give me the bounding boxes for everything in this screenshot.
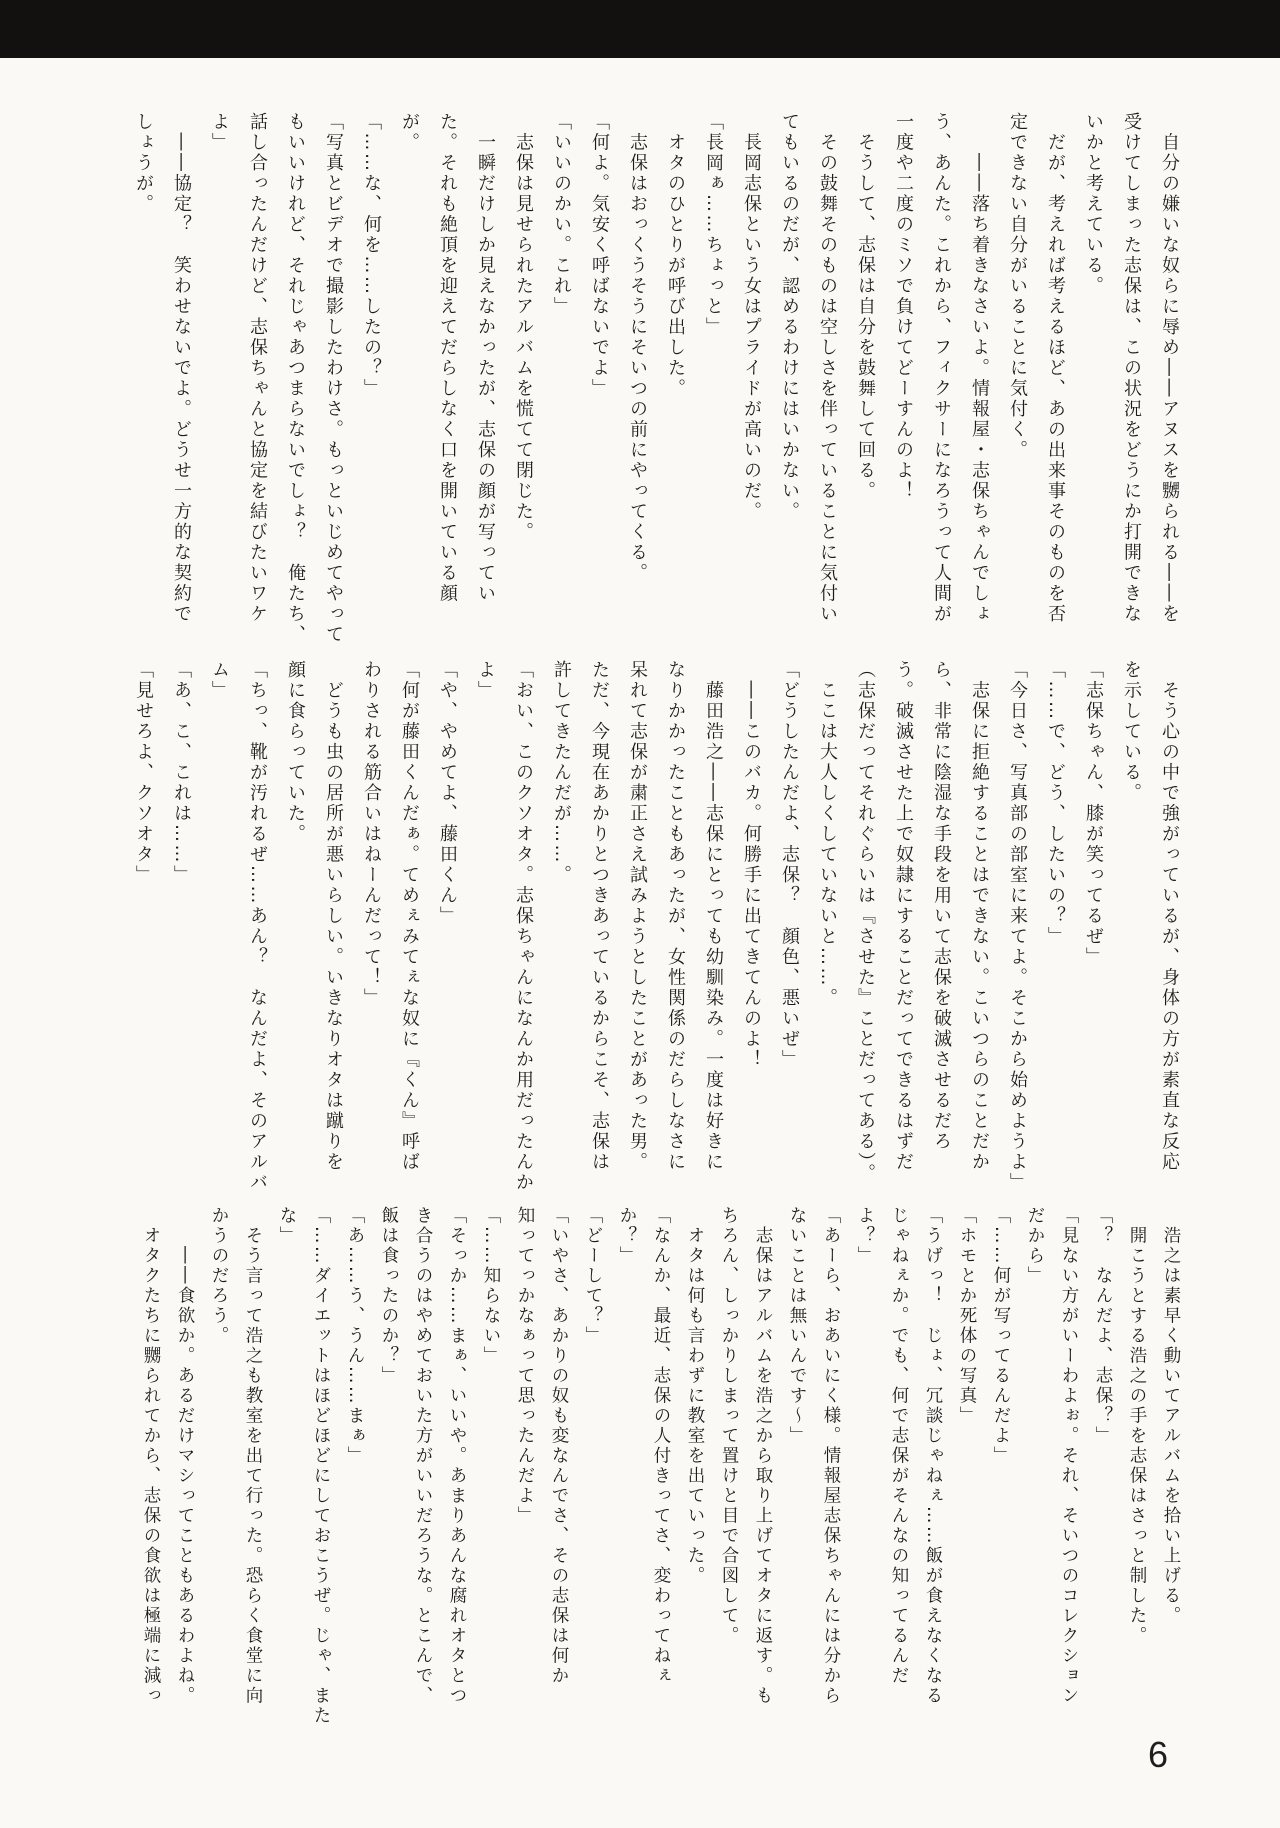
text-line: 「？ なんだよ、志保？」 xyxy=(1086,1206,1120,1722)
text-line: 「何が藤田くんだぁ。てめぇみてぇな奴に『くん』呼ば xyxy=(390,660,428,1182)
text-line: な」 xyxy=(270,1206,304,1722)
text-line: 「……何が写ってるんだよ」 xyxy=(984,1206,1018,1722)
text-line: 「うげっ！ じょ、冗談じゃねぇ……飯が食えなくなる xyxy=(916,1206,950,1722)
text-band-top: 自分の嫌いな奴らに辱め――アヌスを嬲られる――を受けてしまった志保は、この状況を… xyxy=(124,112,1188,628)
text-line: 「……な、何を……したの？」 xyxy=(352,112,390,628)
text-line: よ？」 xyxy=(848,1206,882,1722)
text-line: う。破滅させた上で奴隷にすることだってできるはずだ xyxy=(884,660,922,1182)
text-line: 「や、やめてよ、藤田くん」 xyxy=(428,660,466,1182)
text-line: き合うのはやめておいた方がいいだろうな。とこんで、 xyxy=(406,1206,440,1722)
text-line: が。 xyxy=(390,112,428,628)
text-line: 「そっか……まぁ、いいや。あまりあんな腐れオタとつ xyxy=(440,1206,474,1722)
text-line: そうして、志保は自分を鼓舞して回る。 xyxy=(846,112,884,628)
text-line: 「写真とビデオで撮影したわけさ。もっといじめてやって xyxy=(314,112,352,628)
text-line: 「何よ。気安く呼ばないでよ」 xyxy=(580,112,618,628)
text-line: 定できない自分がいることに気付く。 xyxy=(998,112,1036,628)
top-black-bar xyxy=(0,0,1280,58)
text-line: 「見ない方がいーわよぉ。それ、そいつのコレクション xyxy=(1052,1206,1086,1722)
text-line: じゃねぇか。でも、何で志保がそんなの知ってるんだ xyxy=(882,1206,916,1722)
text-line: 「ちっ、靴が汚れるぜ……あん？ なんだよ、そのアルバ xyxy=(238,660,276,1182)
text-line: 志保は見せられたアルバムを慌てて閉じた。 xyxy=(504,112,542,628)
text-line: よ」 xyxy=(200,112,238,628)
text-line: た。それも絶頂を迎えてだらしなく口を開いている顔 xyxy=(428,112,466,628)
text-line: 「……知らない」 xyxy=(474,1206,508,1722)
text-line: 志保に拒絶することはできない。こいつらのことだか xyxy=(960,660,998,1182)
text-line: 話し合ったんだけど、志保ちゃんと協定を結びたいワケ xyxy=(238,112,276,628)
text-line: いかと考えている。 xyxy=(1074,112,1112,628)
text-line: 浩之は素早く動いてアルバムを拾い上げる。 xyxy=(1154,1206,1188,1722)
text-line: ちろん、しっかりしまって置けと目で合図して。 xyxy=(712,1206,746,1722)
text-line: てもいるのだが、認めるわけにはいかない。 xyxy=(770,112,808,628)
text-line: ――このバカ。何勝手に出てきてんのよ！ xyxy=(732,660,770,1182)
text-line: 一度や二度のミソで負けてどーすんのよ！ xyxy=(884,112,922,628)
text-line: か？」 xyxy=(610,1206,644,1722)
text-line: どうも虫の居所が悪いらしい。いきなりオタは蹴りを xyxy=(314,660,352,1182)
text-line: 「……で、どう、したいの？」 xyxy=(1036,660,1074,1182)
text-line: 顔に食らっていた。 xyxy=(276,660,314,1182)
text-line: 「どーして？」 xyxy=(576,1206,610,1722)
page-number: 6 xyxy=(1148,1734,1168,1776)
text-line: オタクたちに嬲られてから、志保の食欲は極端に減っ xyxy=(134,1206,168,1722)
novel-page: 自分の嫌いな奴らに辱め――アヌスを嬲られる――を受けてしまった志保は、この状況を… xyxy=(0,0,1280,1828)
text-line: 「いやさ、あかりの奴も変なんでさ、その志保は何か xyxy=(542,1206,576,1722)
text-line: よ」 xyxy=(466,660,504,1182)
text-line: 開こうとする浩之の手を志保はさっと制した。 xyxy=(1120,1206,1154,1722)
text-line: 「ホモとか死体の写真」 xyxy=(950,1206,984,1722)
text-line: ないことは無いんです〜」 xyxy=(780,1206,814,1722)
text-line: だが、考えれば考えるほど、あの出来事そのものを否 xyxy=(1036,112,1074,628)
text-line: 「見せろよ、クソオタ」 xyxy=(124,660,162,1182)
text-line: 「なんか、最近、志保の人付きってさ、変わってねぇ xyxy=(644,1206,678,1722)
text-band-middle: そう心の中で強がっているが、身体の方が素直な反応を示している。「志保ちゃん、膝が… xyxy=(124,660,1188,1182)
text-line: 一瞬だけしか見えなかったが、志保の顔が写ってい xyxy=(466,112,504,628)
text-line: ら、非常に陰湿な手段を用いて志保を破滅させるだろ xyxy=(922,660,960,1182)
text-line: 知ってっかなぁって思ったんだよ」 xyxy=(508,1206,542,1722)
text-line: 「志保ちゃん、膝が笑ってるぜ」 xyxy=(1074,660,1112,1182)
text-line: 許してきたんだが……。 xyxy=(542,660,580,1182)
text-line: 受けてしまった志保は、この状況をどうにか打開できな xyxy=(1112,112,1150,628)
text-line: 「あーら、おあいにく様。情報屋志保ちゃんには分から xyxy=(814,1206,848,1722)
text-line: 「いいのかい。これ」 xyxy=(542,112,580,628)
text-line: そう言って浩之も教室を出て行った。恐らく食堂に向 xyxy=(236,1206,270,1722)
text-line: 「長岡ぁ……ちょっと」 xyxy=(694,112,732,628)
text-line: 呆れて志保が粛正さえ試みようとしたことがあった男。 xyxy=(618,660,656,1182)
text-line: 長岡志保という女はプライドが高いのだ。 xyxy=(732,112,770,628)
text-line: ――食欲か。あるだけマシってこともあるわよね。 xyxy=(168,1206,202,1722)
text-line: ム」 xyxy=(200,660,238,1182)
text-line: 志保はおっくうそうにそいつの前にやってくる。 xyxy=(618,112,656,628)
text-line: 飯は食ったのか？」 xyxy=(372,1206,406,1722)
text-line: そう心の中で強がっているが、身体の方が素直な反応 xyxy=(1150,660,1188,1182)
text-line: 自分の嫌いな奴らに辱め――アヌスを嬲られる――を xyxy=(1150,112,1188,628)
text-line: 「あ……う、うん……まぁ」 xyxy=(338,1206,372,1722)
text-line: ――協定？ 笑わせないでよ。どうせ一方的な契約で xyxy=(162,112,200,628)
text-line: 「どうしたんだよ、志保？ 顔色、悪いぜ」 xyxy=(770,660,808,1182)
text-line: しょうが。 xyxy=(124,112,162,628)
text-line: 「今日さ、写真部の部室に来てよ。そこから始めようよ」 xyxy=(998,660,1036,1182)
text-line: かうのだろう。 xyxy=(202,1206,236,1722)
text-line: 志保はアルバムを浩之から取り上げてオタに返す。も xyxy=(746,1206,780,1722)
text-line: う、あんた。これから、フィクサーになろうって人間が xyxy=(922,112,960,628)
text-line: だから」 xyxy=(1018,1206,1052,1722)
text-line: ――落ち着きなさいよ。情報屋・志保ちゃんでしょ xyxy=(960,112,998,628)
text-line: ただ、今現在あかりとつきあっているからこそ、志保は xyxy=(580,660,618,1182)
text-line: 「あ、こ、これは……」 xyxy=(162,660,200,1182)
text-line: オタのひとりが呼び出した。 xyxy=(656,112,694,628)
text-line: ここは大人しくしていないと……。 xyxy=(808,660,846,1182)
text-line: 「……ダイエットはほどほどにしておこうぜ。じゃ、また xyxy=(304,1206,338,1722)
text-line: なりかかったこともあったが、女性関係のだらしなさに xyxy=(656,660,694,1182)
text-band-bottom: 浩之は素早く動いてアルバムを拾い上げる。 開こうとする浩之の手を志保はさっと制し… xyxy=(134,1206,1188,1722)
text-line: オタは何も言わずに教室を出ていった。 xyxy=(678,1206,712,1722)
text-line: その鼓舞そのものは空しさを伴っていることに気付い xyxy=(808,112,846,628)
text-line: もいいけれど、それじゃあつまらないでしょ？ 俺たち、 xyxy=(276,112,314,628)
text-line: を示している。 xyxy=(1112,660,1150,1182)
text-line: 藤田浩之――志保にとっても幼馴染み。一度は好きに xyxy=(694,660,732,1182)
text-line: （志保だってそれぐらいは『させた』ことだってある）。 xyxy=(846,660,884,1182)
text-line: 「おい、このクソオタ。志保ちゃんになんか用だったんか xyxy=(504,660,542,1182)
text-line: わりされる筋合いはねーんだって！」 xyxy=(352,660,390,1182)
